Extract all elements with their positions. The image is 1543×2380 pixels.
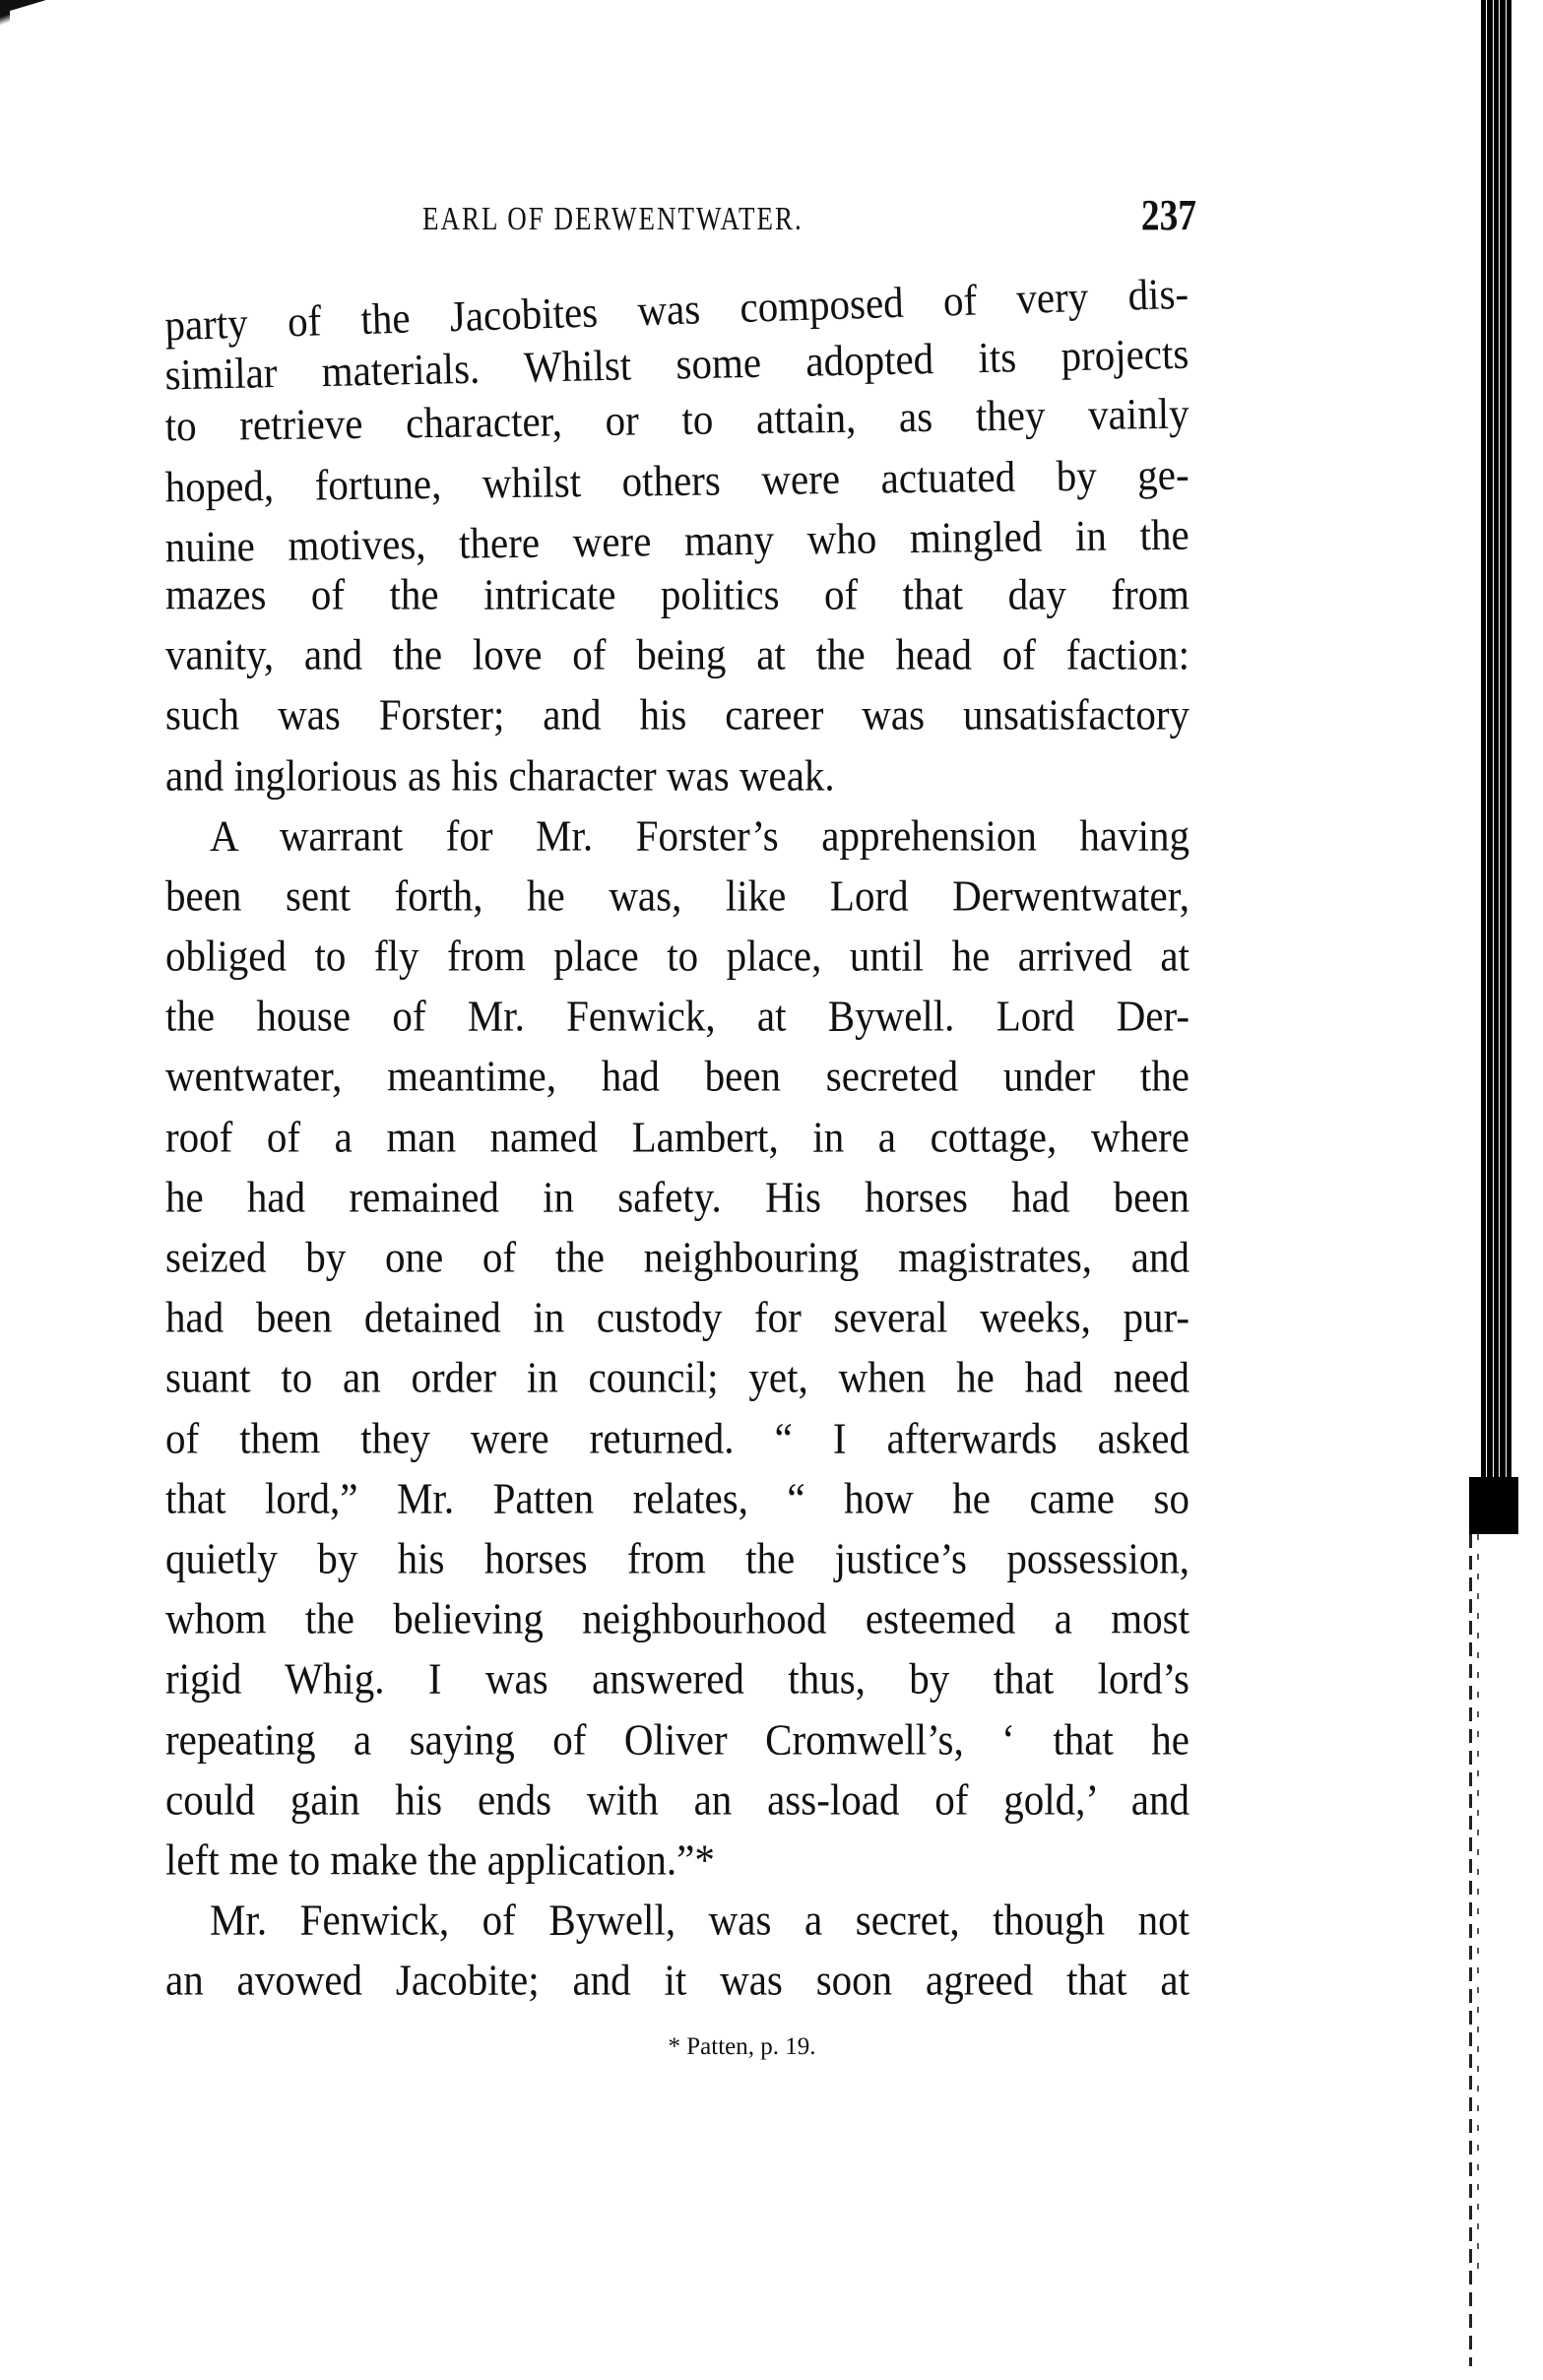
text-line: wentwater, meantime, had been secreted u… (165, 1045, 1189, 1110)
text-line: could gain his ends with an ass-load of … (165, 1768, 1189, 1833)
text-line: and inglorious as his character was weak… (165, 743, 1189, 808)
book-binding-trail (1469, 1534, 1472, 2366)
scan-corner-shadow (0, 0, 10, 39)
running-head: EARL OF DERWENTWATER. 237 (418, 190, 1196, 239)
footnote: * Patten, p. 19. (0, 2033, 1543, 2061)
text-line: such was Forster; and his career was uns… (165, 682, 1189, 747)
scan-corner-artifact (0, 0, 113, 14)
body-text: party of the Jacobites was composed of v… (165, 266, 1189, 2013)
paragraph-start-line: Mr. Fenwick, of Bywell, was a secret, th… (165, 1888, 1189, 1953)
text-line: seized by one of the neighbouring magist… (165, 1225, 1189, 1290)
footnote-text: * Patten, p. 19. (669, 2033, 816, 2060)
text-line: repeating a saying of Oliver Cromwell’s,… (165, 1707, 1189, 1772)
text-line: vanity, and the love of being at the hea… (165, 622, 1189, 687)
text-line: obliged to fly from place to place, unti… (165, 924, 1189, 989)
text-line: been sent forth, he was, like Lord Derwe… (165, 864, 1189, 929)
book-page: EARL OF DERWENTWATER. 237 party of the J… (0, 0, 1543, 2380)
text-line: an avowed Jacobite; and it was soon agre… (165, 1948, 1189, 2013)
text-line: that lord,” Mr. Patten relates, “ how he… (165, 1466, 1189, 1531)
text-line: the house of Mr. Fenwick, at Bywell. Lor… (165, 984, 1189, 1049)
book-binding-trail (1477, 1534, 1479, 2283)
page-number: 237 (1141, 190, 1196, 240)
text-line: had been detained in custody for several… (165, 1285, 1189, 1350)
text-line: mazes of the intricate politics of that … (165, 562, 1189, 627)
text-line: of them they were returned. “ I afterwar… (165, 1406, 1189, 1471)
book-binding-block (1469, 1477, 1518, 1534)
paragraph-start-line: A warrant for Mr. Forster’s apprehension… (165, 804, 1189, 868)
running-title: EARL OF DERWENTWATER. (422, 200, 804, 238)
text-line: he had remained in safety. His horses ha… (165, 1165, 1189, 1230)
text-line: whom the believing neighbourhood esteeme… (165, 1586, 1189, 1651)
text-line: quietly by his horses from the justice’s… (165, 1526, 1189, 1591)
text-line: left me to make the application.”* (165, 1828, 1189, 1893)
book-binding-edge (1481, 0, 1512, 1521)
text-line: rigid Whig. I was answered thus, by that… (165, 1646, 1189, 1711)
text-line: roof of a man named Lambert, in a cottag… (165, 1105, 1189, 1170)
text-line: suant to an order in council; yet, when … (165, 1345, 1189, 1410)
